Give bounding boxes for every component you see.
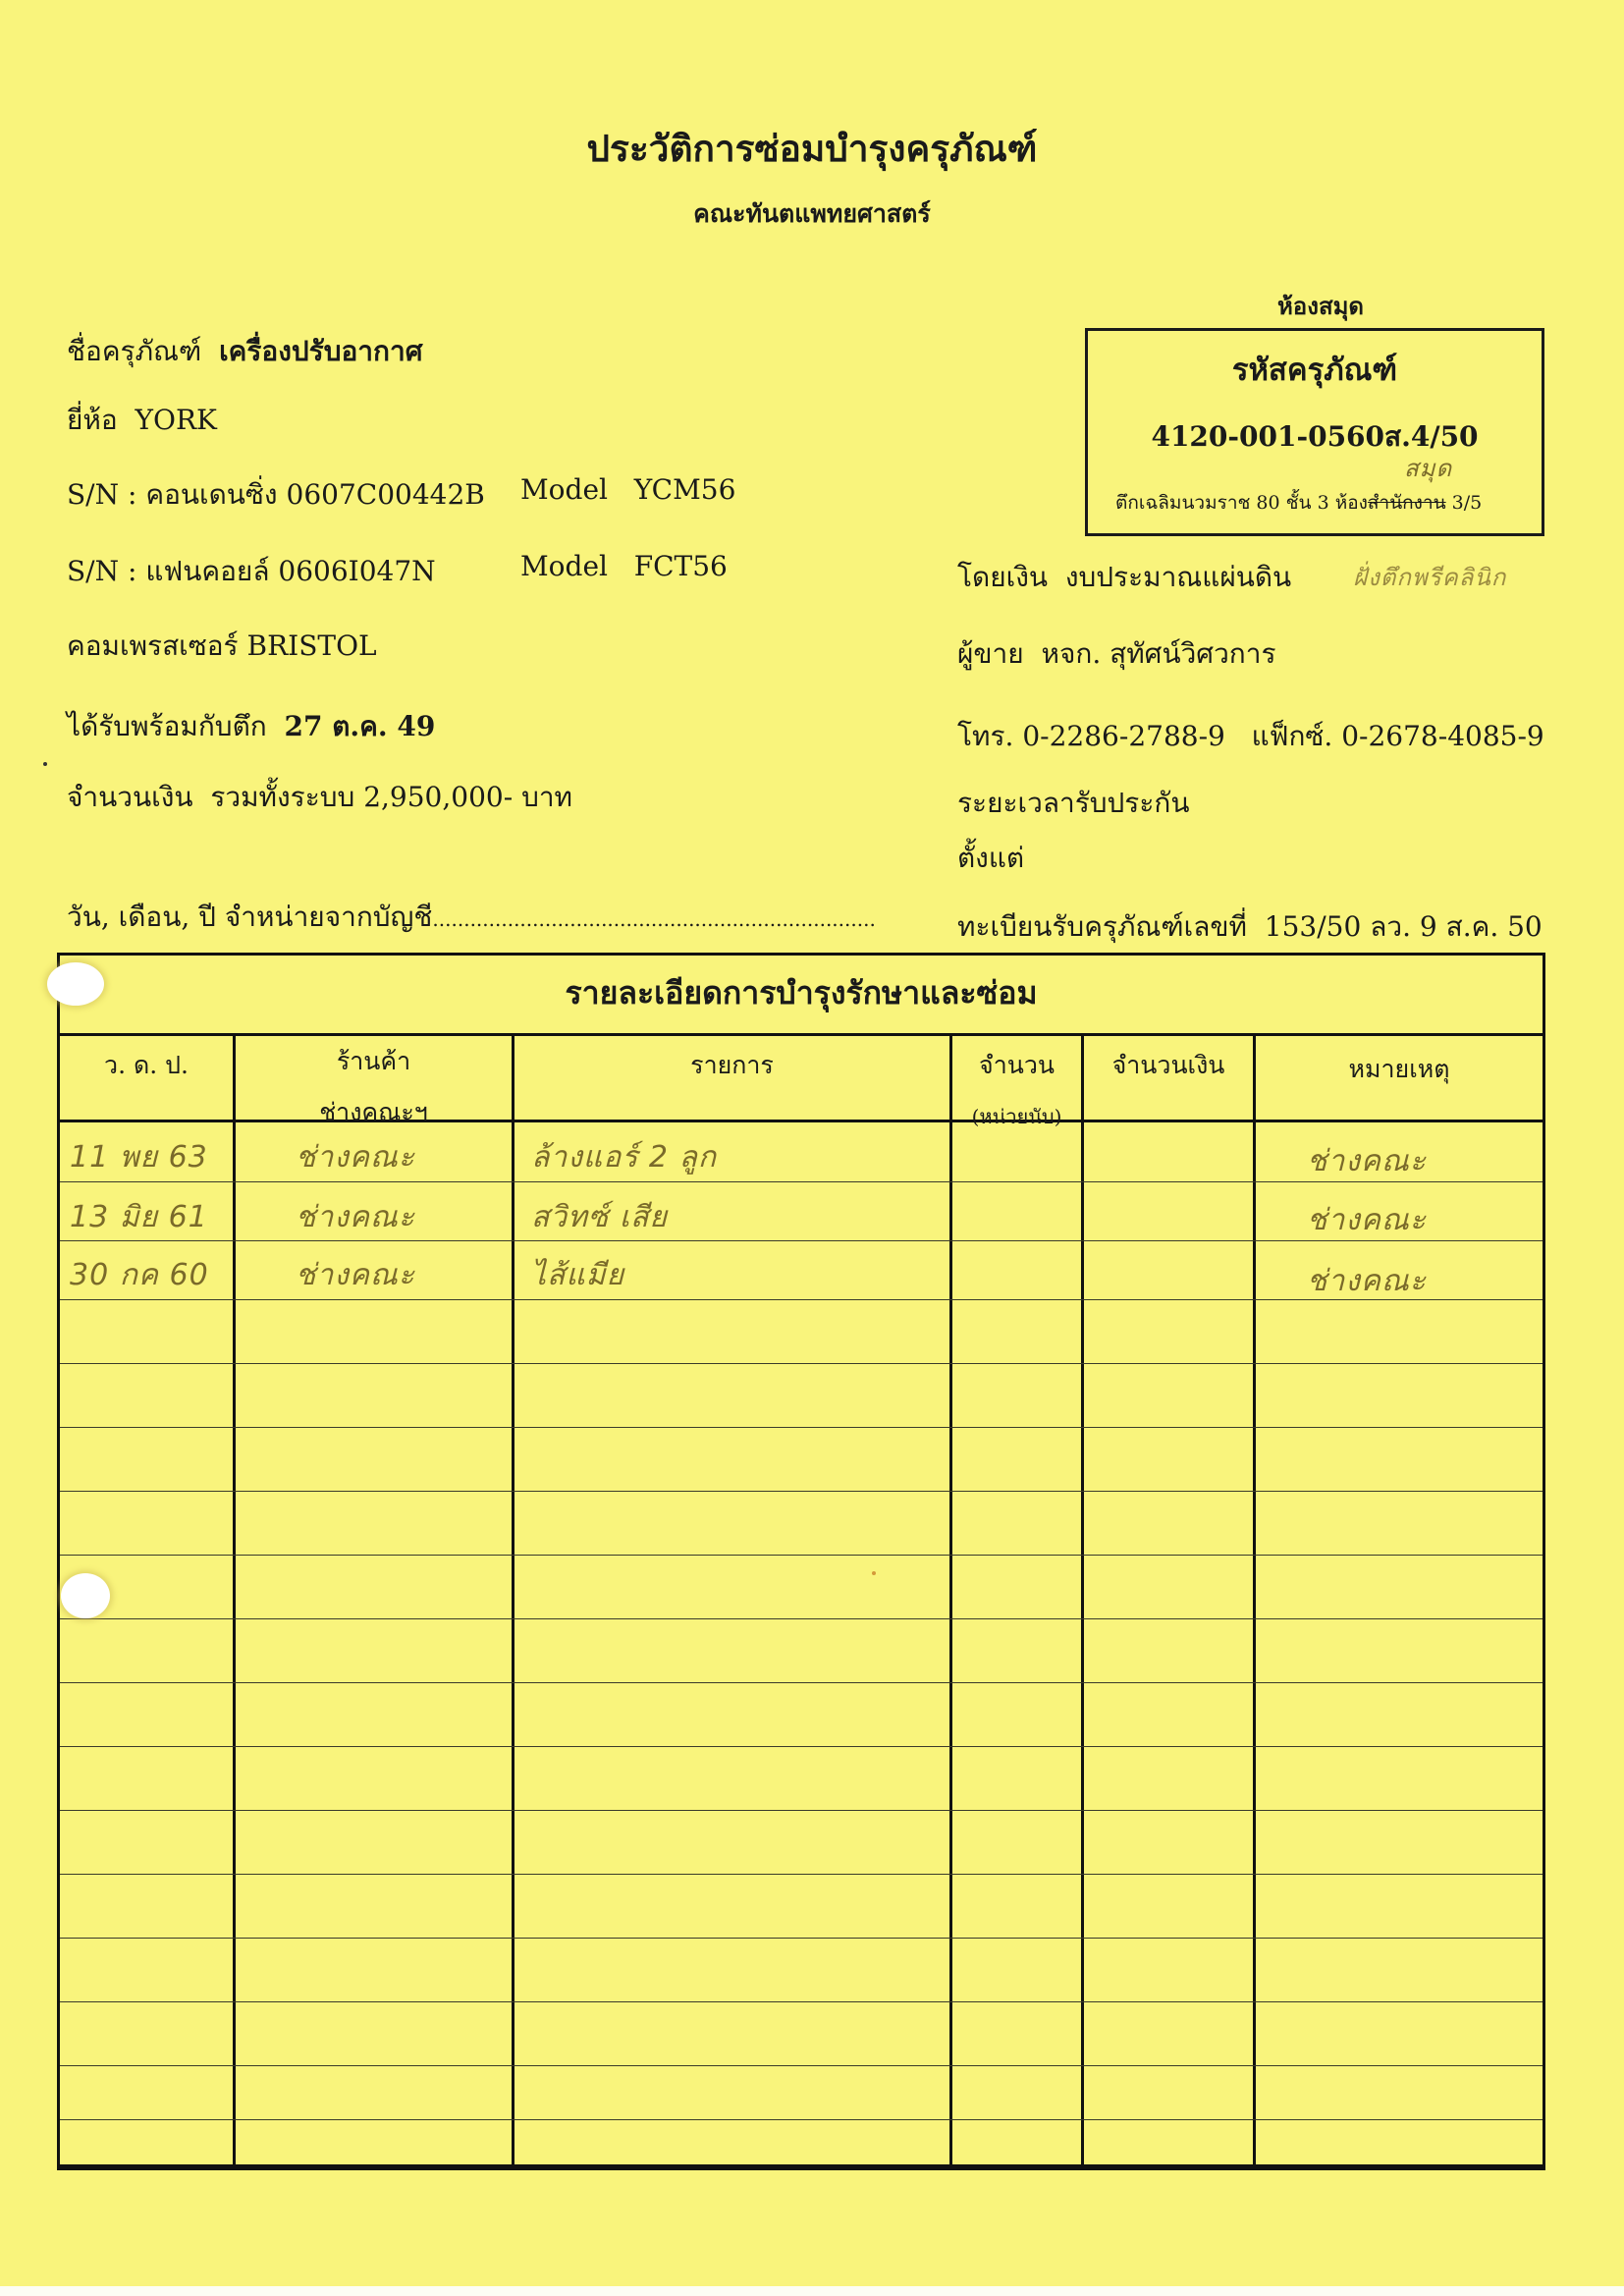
compressor-label: คอมเพรสเซอร์ <box>67 629 239 662</box>
sn-fancoil-label: S/N : แฟนคอยล์ <box>67 555 269 587</box>
amount-value: รวมทั้งระบบ 2,950,000- บาท <box>210 781 572 813</box>
vendor-fax: แฟ็กซ์. 0-2678-4085-9 <box>1252 720 1544 752</box>
received-label: ได้รับพร้อมกับตึก <box>67 710 267 742</box>
paper-speck <box>43 762 47 766</box>
funding-value: งบประมาณแผ่นดิน <box>1065 561 1291 593</box>
row-item: สวิทซ์ เสีย <box>531 1194 668 1240</box>
compressor-value: BRISTOL <box>247 629 377 662</box>
brand-label: ยี่ห้อ <box>67 404 118 436</box>
vendor-field: ผู้ขาย หจก. สุทัศน์วิศวการ <box>957 632 1276 676</box>
column-divider <box>233 1036 236 2164</box>
equipment-name-label: ชื่อครุภัณฑ์ <box>67 335 201 367</box>
funding-field: โดยเงิน งบประมาณแผ่นดิน <box>957 556 1291 599</box>
location-suffix: 3/5 <box>1446 492 1483 514</box>
location-handwritten-note: สมุด <box>1404 449 1452 487</box>
row-divider <box>60 2119 1543 2120</box>
location-struck-text: สำนักงาน <box>1368 492 1446 514</box>
column-header-note: หมายเหตุ <box>1256 1036 1543 1089</box>
vendor-phone: โทร. 0-2286-2788-9 <box>957 720 1225 752</box>
row-divider <box>60 1938 1543 1939</box>
column-divider <box>1253 1036 1256 2164</box>
page-subtitle: คณะทันตแพทยศาสตร์ <box>0 194 1624 234</box>
warranty-from-label: ตั้งแต่ <box>957 837 1024 880</box>
row-note: ช่างคณะ <box>1307 1258 1427 1304</box>
equipment-name-field: ชื่อครุภัณฑ์ เครื่องปรับอากาศ <box>67 330 422 373</box>
equipment-code-label: รหัสครุภัณฑ์ <box>1088 345 1542 394</box>
column-header-amount: จำนวนเงิน <box>1084 1036 1253 1085</box>
punch-hole <box>61 1573 110 1618</box>
row-divider <box>60 1363 1543 1364</box>
registry-field: ทะเบียนรับครุภัณฑ์เลขที่ 153/50 ลว. 9 ส.… <box>957 905 1543 949</box>
column-header-date-label: ว. ด. ป. <box>104 1051 189 1079</box>
sn-fancoil-field: S/N : แฟนคอยล์ 0606I047N <box>67 550 436 593</box>
compressor-field: คอมเพรสเซอร์ BRISTOL <box>67 625 377 668</box>
punch-hole <box>47 962 104 1006</box>
row-item: ล้างแอร์ 2 ลูก <box>531 1134 717 1180</box>
sn-condensing-field: S/N : คอนเดนซิ่ง 0607C00442B <box>67 473 485 517</box>
paper-speck <box>872 1571 876 1575</box>
row-date: 11 พย 63 <box>70 1134 208 1180</box>
column-header-shop-line1: ร้านค้า <box>337 1047 410 1075</box>
row-shop: ช่างคณะ <box>296 1252 415 1298</box>
equipment-location: ตึกเฉลิมนวมราช 80 ชั้น 3 ห้องสำนักงาน 3/… <box>1115 488 1482 518</box>
brand-field: ยี่ห้อ YORK <box>67 399 217 442</box>
row-divider <box>60 1491 1543 1492</box>
column-divider <box>1081 1036 1084 2164</box>
column-header-amount-label: จำนวนเงิน <box>1112 1051 1225 1079</box>
row-note: ช่างคณะ <box>1307 1138 1427 1184</box>
model-fancoil-value: FCT56 <box>634 550 728 582</box>
location-caption: ห้องสมุด <box>1085 287 1556 325</box>
row-divider <box>60 1682 1543 1683</box>
column-divider <box>949 1036 952 2164</box>
sn-condensing-value: 0607C00442B <box>287 478 485 511</box>
vendor-value: หจก. สุทัศน์วิศวการ <box>1042 637 1276 670</box>
amount-field: จำนวนเงิน รวมทั้งระบบ 2,950,000- บาท <box>67 776 572 819</box>
column-header-quantity-line2: (หน่วยนับ) <box>952 1101 1081 1132</box>
column-header-quantity-line1: จำนวน <box>979 1051 1055 1079</box>
column-header-date: ว. ด. ป. <box>60 1036 233 1085</box>
maintenance-table-title: รายละเอียดการบำรุงรักษาและซ่อม <box>60 956 1543 1036</box>
received-value: 27 ต.ค. 49 <box>285 710 436 742</box>
row-divider <box>60 1874 1543 1875</box>
row-divider <box>60 1555 1543 1556</box>
equipment-code: 4120-001-0560ส.4/50 <box>1088 415 1542 459</box>
column-header-shop-line2: ช่างคณะฯ <box>236 1093 512 1132</box>
warranty-label: ระยะเวลารับประกัน <box>957 782 1189 825</box>
row-shop: ช่างคณะ <box>296 1194 415 1240</box>
row-divider <box>60 1810 1543 1811</box>
row-divider <box>60 1427 1543 1428</box>
sn-fancoil-value: 0606I047N <box>278 555 435 587</box>
equipment-name-value: เครื่องปรับอากาศ <box>219 335 422 367</box>
page-title: ประวัติการซ่อมบำรุงครุภัณฑ์ <box>0 120 1624 178</box>
row-item: ไส้แมีย <box>531 1252 624 1298</box>
column-header-item: รายการ <box>514 1036 949 1085</box>
disposal-field: วัน, เดือน, ปี จำหน่ายจากบัญชี..........… <box>67 896 876 939</box>
disposal-label: วัน, เดือน, ปี จำหน่ายจากบัญชี <box>67 901 432 933</box>
disposal-value: ........................................… <box>432 907 875 931</box>
column-header-item-label: รายการ <box>690 1051 774 1079</box>
registry-label: ทะเบียนรับครุภัณฑ์เลขที่ <box>957 910 1247 943</box>
row-divider <box>60 1618 1543 1619</box>
model-fancoil-label: Model <box>520 550 608 582</box>
brand-value: YORK <box>135 404 217 436</box>
column-divider <box>512 1036 514 2164</box>
received-field: ได้รับพร้อมกับตึก 27 ต.ค. 49 <box>67 705 435 748</box>
location-prefix: ตึกเฉลิมนวมราช 80 ชั้น 3 ห้อง <box>1115 492 1368 514</box>
maintenance-table: รายละเอียดการบำรุงรักษาและซ่อม ว. ด. ป. … <box>57 953 1545 2170</box>
model-condensing-value: YCM56 <box>634 473 736 506</box>
equipment-code-box: รหัสครุภัณฑ์ 4120-001-0560ส.4/50 สมุด ตึ… <box>1085 328 1544 536</box>
row-date: 30 กค 60 <box>70 1252 209 1298</box>
vendor-label: ผู้ขาย <box>957 637 1024 670</box>
column-header-note-label: หมายเหตุ <box>1349 1055 1450 1083</box>
model-fancoil-field: Model FCT56 <box>520 550 728 582</box>
row-note: ช่างคณะ <box>1307 1197 1427 1243</box>
row-date: 13 มิย 61 <box>70 1194 208 1240</box>
column-header-quantity: จำนวน (หน่วยนับ) <box>952 1036 1081 1132</box>
row-divider <box>60 2065 1543 2066</box>
row-divider <box>60 1746 1543 1747</box>
model-condensing-label: Model <box>520 473 608 506</box>
funding-handwritten-note: ฝั่งตึกพรีคลินิก <box>1353 558 1506 596</box>
contact-field: โทร. 0-2286-2788-9 แฟ็กซ์. 0-2678-4085-9 <box>957 715 1544 758</box>
page-edge <box>0 2286 1624 2296</box>
sn-condensing-label: S/N : คอนเดนซิ่ง <box>67 478 278 511</box>
amount-label: จำนวนเงิน <box>67 781 193 813</box>
funding-label: โดยเงิน <box>957 561 1048 593</box>
model-condensing-field: Model YCM56 <box>520 473 735 506</box>
registry-value: 153/50 ลว. 9 ส.ค. 50 <box>1265 910 1543 943</box>
row-shop: ช่างคณะ <box>296 1134 415 1180</box>
table-header-row: ว. ด. ป. ร้านค้า ช่างคณะฯ รายการ จำนวน (… <box>60 1036 1543 1122</box>
row-divider <box>60 2001 1543 2002</box>
column-header-shop: ร้านค้า ช่างคณะฯ <box>236 1036 512 1132</box>
